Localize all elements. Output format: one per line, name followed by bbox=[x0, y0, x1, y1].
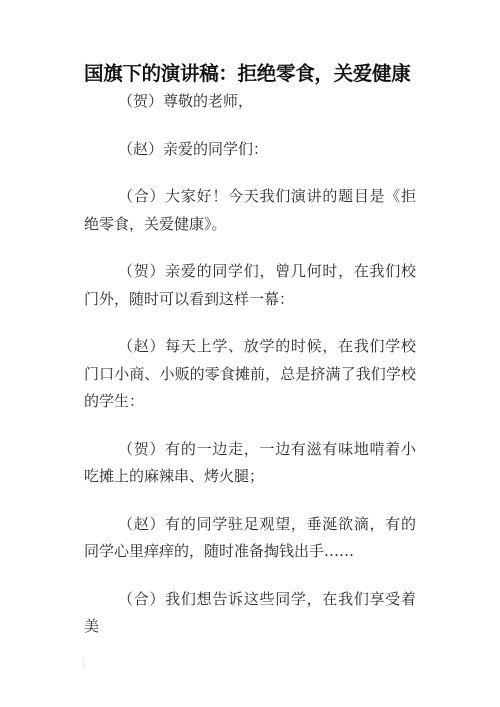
page-corner-mark bbox=[83, 656, 84, 668]
paragraph-topic: （合）大家好！今天我们演讲的题目是《拒绝零食，关爱健康》。 bbox=[84, 183, 416, 238]
speaker-label: （贺） bbox=[118, 440, 165, 458]
paragraph-greeting-teachers: （贺）尊敬的老师， bbox=[84, 88, 416, 116]
speaker-label: （赵） bbox=[118, 515, 165, 533]
document-title: 国旗下的演讲稿：拒绝零食，关爱健康 bbox=[84, 60, 416, 88]
paragraph-text: 尊敬的老师， bbox=[163, 92, 253, 110]
paragraph-scene-intro: （贺）亲爱的同学们，曾几何时，在我们校门外，随时可以看到这样一幕： bbox=[84, 258, 416, 313]
paragraph-eating-while-walking: （贺）有的一边走，一边有滋有味地啃着小吃摊上的麻辣串、烤火腿； bbox=[84, 436, 416, 491]
document-page: 国旗下的演讲稿：拒绝零食，关爱健康 （贺）尊敬的老师， （赵）亲爱的同学们： （… bbox=[84, 60, 416, 641]
paragraph-tempted-students: （赵）有的同学驻足观望，垂涎欲滴，有的同学心里痒痒的，随时准备掏钱出手…… bbox=[84, 511, 416, 566]
speaker-label: （合） bbox=[118, 590, 165, 608]
speaker-label: （赵） bbox=[118, 337, 165, 355]
paragraph-greeting-students: （赵）亲爱的同学们： bbox=[84, 136, 416, 164]
speaker-label: （赵） bbox=[118, 140, 163, 158]
speaker-label: （合） bbox=[118, 187, 165, 205]
paragraph-text: 亲爱的同学们： bbox=[163, 140, 268, 158]
paragraph-snack-stalls: （赵）每天上学、放学的时候，在我们学校门口小商、小贩的零食摊前，总是挤满了我们学… bbox=[84, 333, 416, 416]
speaker-label: （贺） bbox=[118, 92, 163, 110]
paragraph-message: （合）我们想告诉这些同学，在我们享受着美 bbox=[84, 586, 416, 641]
speaker-label: （贺） bbox=[118, 262, 165, 280]
